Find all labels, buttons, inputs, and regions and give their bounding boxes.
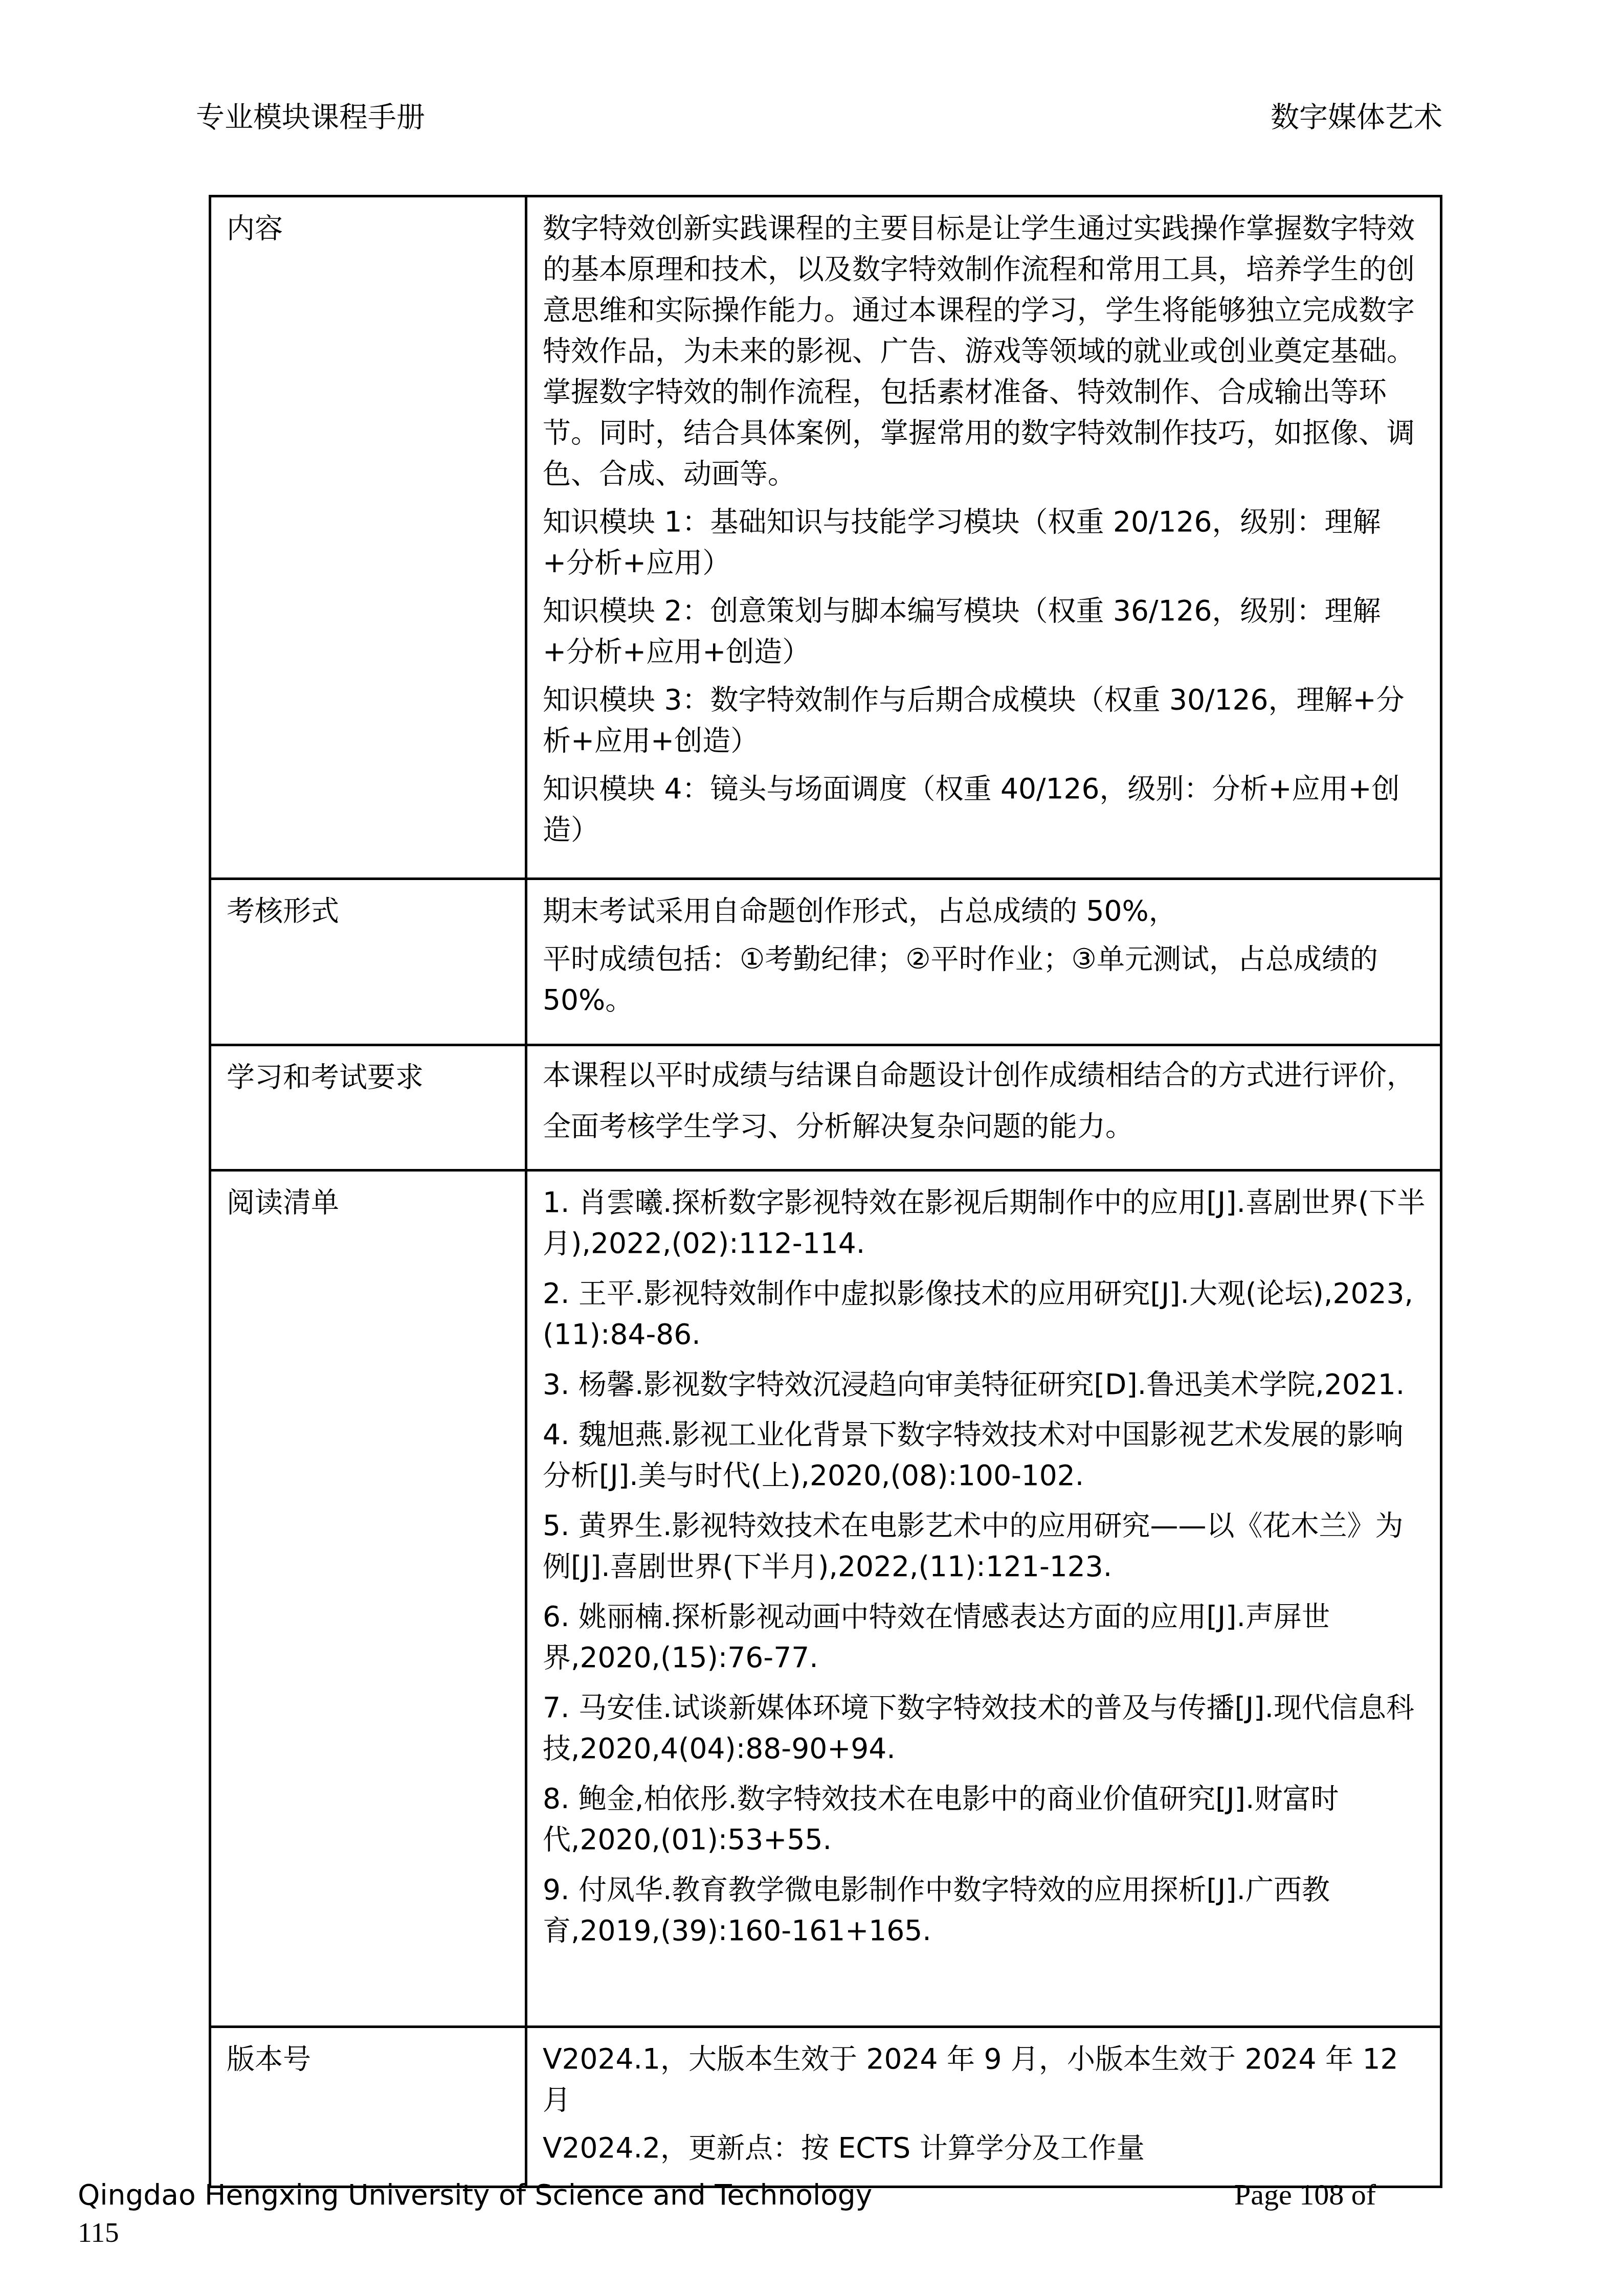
- table-row-content: 内容 数字特效创新实践课程的主要目标是让学生通过实践操作掌握数字特效的基本原理和…: [210, 196, 1441, 879]
- requirements-text: 本课程以平时成绩与结课自命题设计创作成绩相结合的方式进行评价，全面考核学生学习、…: [543, 1049, 1426, 1152]
- row-label: 版本号: [210, 2027, 526, 2187]
- row-value: 期末考试采用自命题创作形式，占总成绩的 50%， 平时成绩包括：①考勤纪律；②平…: [526, 879, 1441, 1045]
- row-label: 学习和考试要求: [210, 1045, 526, 1170]
- footer-page-number: Page 108 of: [1234, 2176, 1376, 2214]
- table-row-version: 版本号 V2024.1，大版本生效于 2024 年 9 月，小版本生效于 202…: [210, 2027, 1441, 2187]
- course-info-table: 内容 数字特效创新实践课程的主要目标是让学生通过实践操作掌握数字特效的基本原理和…: [209, 195, 1442, 2188]
- table-row-assessment: 考核形式 期末考试采用自命题创作形式，占总成绩的 50%， 平时成绩包括：①考勤…: [210, 879, 1441, 1045]
- assessment-line: 平时成绩包括：①考勤纪律；②平时作业；③单元测试，占总成绩的 50%。: [543, 938, 1426, 1020]
- row-label: 阅读清单: [210, 1170, 526, 2027]
- knowledge-module: 知识模块 3：数字特效制作与后期合成模块（权重 30/126，理解+分析+应用+…: [543, 679, 1426, 761]
- header-right-title: 数字媒体艺术: [1271, 97, 1442, 138]
- knowledge-module: 知识模块 4：镜头与场面调度（权重 40/126，级别：分析+应用+创造）: [543, 768, 1426, 850]
- table-row-reading-list: 阅读清单 1. 肖雲曦.探析数字影视特效在影视后期制作中的应用[J].喜剧世界(…: [210, 1170, 1441, 2027]
- knowledge-module: 知识模块 1：基础知识与技能学习模块（权重 20/126，级别：理解+分析+应用…: [543, 501, 1426, 583]
- reading-item: 7. 马安佳.试谈新媒体环境下数字特效技术的普及与传播[J].现代信息科技,20…: [543, 1687, 1426, 1769]
- row-label: 内容: [210, 196, 526, 879]
- row-value: 1. 肖雲曦.探析数字影视特效在影视后期制作中的应用[J].喜剧世界(下半月),…: [526, 1170, 1441, 2027]
- row-value: 本课程以平时成绩与结课自命题设计创作成绩相结合的方式进行评价，全面考核学生学习、…: [526, 1045, 1441, 1170]
- reading-item: 4. 魏旭燕.影视工业化背景下数字特效技术对中国影视艺术发展的影响分析[J].美…: [543, 1414, 1426, 1496]
- knowledge-module: 知识模块 2：创意策划与脚本编写模块（权重 36/126，级别：理解+分析+应用…: [543, 590, 1426, 672]
- content-intro: 数字特效创新实践课程的主要目标是让学生通过实践操作掌握数字特效的基本原理和技术，…: [543, 208, 1426, 494]
- version-line: V2024.1，大版本生效于 2024 年 9 月，小版本生效于 2024 年 …: [543, 2038, 1426, 2120]
- row-value: 数字特效创新实践课程的主要目标是让学生通过实践操作掌握数字特效的基本原理和技术，…: [526, 196, 1441, 879]
- footer-institution-name: Qingdao Hengxing University of Science a…: [78, 2176, 872, 2214]
- row-value: V2024.1，大版本生效于 2024 年 9 月，小版本生效于 2024 年 …: [526, 2027, 1441, 2187]
- table-row-requirements: 学习和考试要求 本课程以平时成绩与结课自命题设计创作成绩相结合的方式进行评价，全…: [210, 1045, 1441, 1170]
- reading-item: 9. 付凤华.教育教学微电影制作中数字特效的应用探析[J].广西教育,2019,…: [543, 1869, 1426, 1951]
- row-label: 考核形式: [210, 879, 526, 1045]
- reading-item: 1. 肖雲曦.探析数字影视特效在影视后期制作中的应用[J].喜剧世界(下半月),…: [543, 1182, 1426, 1264]
- footer-page-total: 115: [78, 2214, 872, 2252]
- reading-item: 2. 王平.影视特效制作中虚拟影像技术的应用研究[J].大观(论坛),2023,…: [543, 1273, 1426, 1355]
- reading-item: 3. 杨馨.影视数字特效沉浸趋向审美特征研究[D].鲁迅美术学院,2021.: [543, 1364, 1426, 1405]
- header-left-title: 专业模块课程手册: [196, 97, 425, 138]
- version-line: V2024.2，更新点：按 ECTS 计算学分及工作量: [543, 2127, 1426, 2168]
- reading-item: 5. 黄界生.影视特效技术在电影艺术中的应用研究——以《花木兰》为例[J].喜剧…: [543, 1505, 1426, 1587]
- assessment-line: 期末考试采用自命题创作形式，占总成绩的 50%，: [543, 890, 1426, 931]
- footer-institution: Qingdao Hengxing University of Science a…: [78, 2176, 872, 2252]
- reading-item: 8. 鲍金,柏依彤.数字特效技术在电影中的商业价值研究[J].财富时代,2020…: [543, 1778, 1426, 1860]
- reading-item: 6. 姚丽楠.探析影视动画中特效在情感表达方面的应用[J].声屏世界,2020,…: [543, 1596, 1426, 1678]
